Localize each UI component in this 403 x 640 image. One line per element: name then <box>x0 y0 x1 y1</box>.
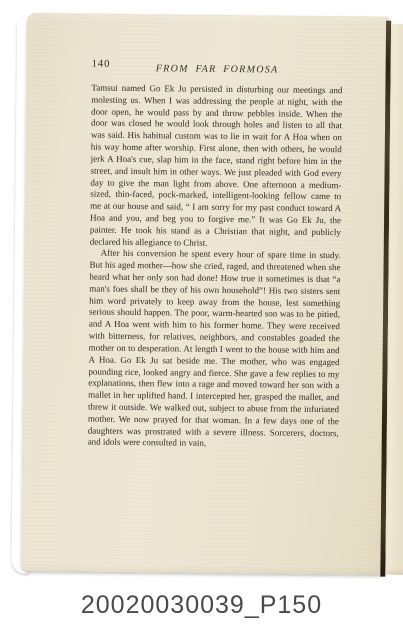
body-text: Tamsui named Go Ek Ju persisted in distu… <box>88 83 343 452</box>
photo-caption: 20020030039_P150 <box>0 591 403 620</box>
paragraph: Tamsui named Go Ek Ju persisted in distu… <box>90 83 343 251</box>
running-head: 140 FROM FAR FORMOSA <box>92 58 343 75</box>
book: 140 FROM FAR FORMOSA Tamsui named Go Ek … <box>11 13 403 583</box>
page-text-block: 140 FROM FAR FORMOSA Tamsui named Go Ek … <box>88 58 343 452</box>
book-page: 140 FROM FAR FORMOSA Tamsui named Go Ek … <box>21 13 389 575</box>
page-number: 140 <box>92 59 111 70</box>
running-title: FROM FAR FORMOSA <box>156 63 279 75</box>
paragraph: After his conversion he spent every hour… <box>88 248 341 451</box>
photo-scene: 140 FROM FAR FORMOSA Tamsui named Go Ek … <box>0 0 403 640</box>
